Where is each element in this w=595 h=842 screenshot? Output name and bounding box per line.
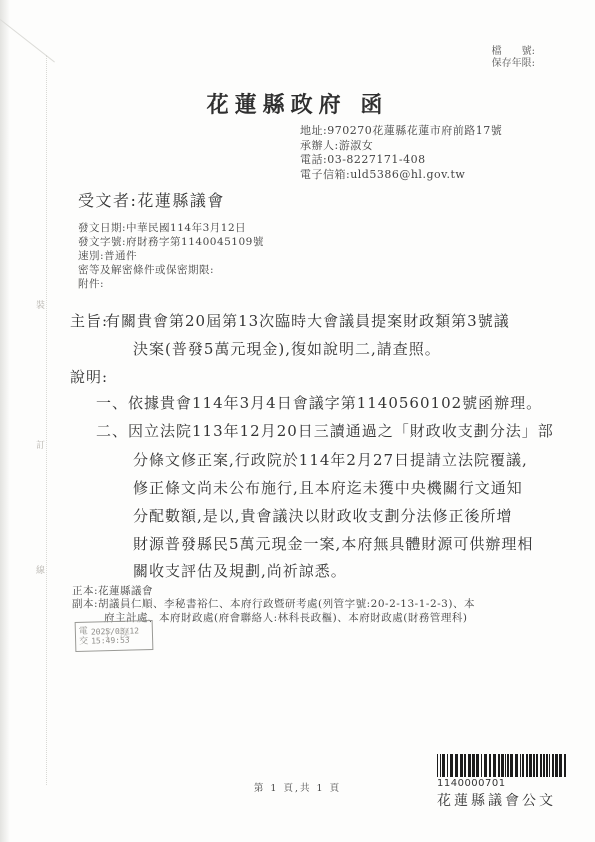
security-classification: 密等及解密條件或保密期限: xyxy=(78,263,264,277)
issue-date: 發文日期:中華民國114年3月12日 xyxy=(78,221,264,235)
subject-text-line1: 有關貴會第20屆第13次臨時大會議員提案財政類第3號議 xyxy=(105,310,510,331)
description-item2-line5: 財源普發縣民5萬元現金一案,本府無具體財源可供辦理相 xyxy=(133,533,533,554)
stamp-ghost-chars: 子換 xyxy=(102,624,136,641)
file-number-label: 檔號: xyxy=(492,46,535,58)
description-item1: 一、依據貴會114年3月4日會議字第1140560102號函辦理。 xyxy=(96,392,542,413)
stamp-left-chars: 電 交 xyxy=(76,625,90,649)
file-number-block: 檔號: 保存年限: xyxy=(492,46,535,70)
description-label: 說明: xyxy=(70,366,108,387)
delivery-speed: 速別:普通件 xyxy=(78,249,264,263)
description-item2-line2: 分條文修正案,行政院於114年2月27日提請立法院覆議, xyxy=(133,449,528,470)
sender-contact-person: 承辦人:游淑女 xyxy=(300,139,502,154)
council-document-label: 花蓮縣議會公文 xyxy=(437,790,556,810)
subject-text-line2: 決案(普發5萬元現金),復如說明二,請查照。 xyxy=(133,338,441,359)
document-meta-block: 發文日期:中華民國114年3月12日 發文字號:府財務字第1140045109號… xyxy=(78,221,264,291)
issue-number: 發文字號:府財務字第1140045109號 xyxy=(78,235,264,249)
description-item2-line6: 關收支評估及規劃,尚祈諒悉。 xyxy=(133,560,347,581)
retention-label: 保存年限: xyxy=(492,58,535,70)
binding-mark-zhuang: 裝 xyxy=(36,298,46,311)
recipient-line: 受文者:花蓮縣議會 xyxy=(78,188,225,211)
subject-label: 主旨: xyxy=(70,310,108,331)
scan-edge-shadow xyxy=(0,0,10,842)
description-item2-line3: 修正條文尚未公布施行,且本府迄未獲中央機關行文通知 xyxy=(133,477,523,498)
sender-address: 地址:970270花蓮縣花蓮市府前路17號 xyxy=(300,124,502,139)
scanned-official-letter: 裝 訂 線 檔號: 保存年限: 花蓮縣政府 函 地址:970270花蓮縣花蓮市府… xyxy=(0,0,595,842)
barcode xyxy=(437,754,570,777)
binding-mark-ding: 訂 xyxy=(36,438,46,451)
cc-recipients-line2: 府主計處、本府財政處(府會聯絡人:林科長政樞)、本府財政處(財務管理科) xyxy=(104,610,467,625)
sender-phone: 電話:03-8227171-408 xyxy=(300,153,502,168)
attachment-field: 附件: xyxy=(78,277,264,291)
sender-email: 電子信箱:uld5386@hl.gov.tw xyxy=(300,168,502,183)
binding-dotted-line xyxy=(46,55,47,785)
electronic-exchange-stamp: 子換 電 交 2025/03/12 15:49:53 xyxy=(75,620,154,652)
document-title: 花蓮縣政府 函 xyxy=(0,88,595,119)
cc-recipients-line1: 副本:胡議員仁順、李秘書裕仁、本府行政暨研考處(列管字號:20-2-13-1-2… xyxy=(72,596,475,611)
sender-contact-block: 地址:970270花蓮縣花蓮市府前路17號 承辦人:游淑女 電話:03-8227… xyxy=(300,124,502,182)
description-item2-line1: 二、因立法院113年12月20日三讀通過之「財政收支劃分法」部 xyxy=(96,420,554,441)
barcode-number: 1140000701 xyxy=(437,778,506,789)
binding-mark-xian: 線 xyxy=(36,563,46,576)
description-item2-line4: 分配數額,是以,貴會議決以財政收支劃分法修正後所增 xyxy=(133,505,513,526)
